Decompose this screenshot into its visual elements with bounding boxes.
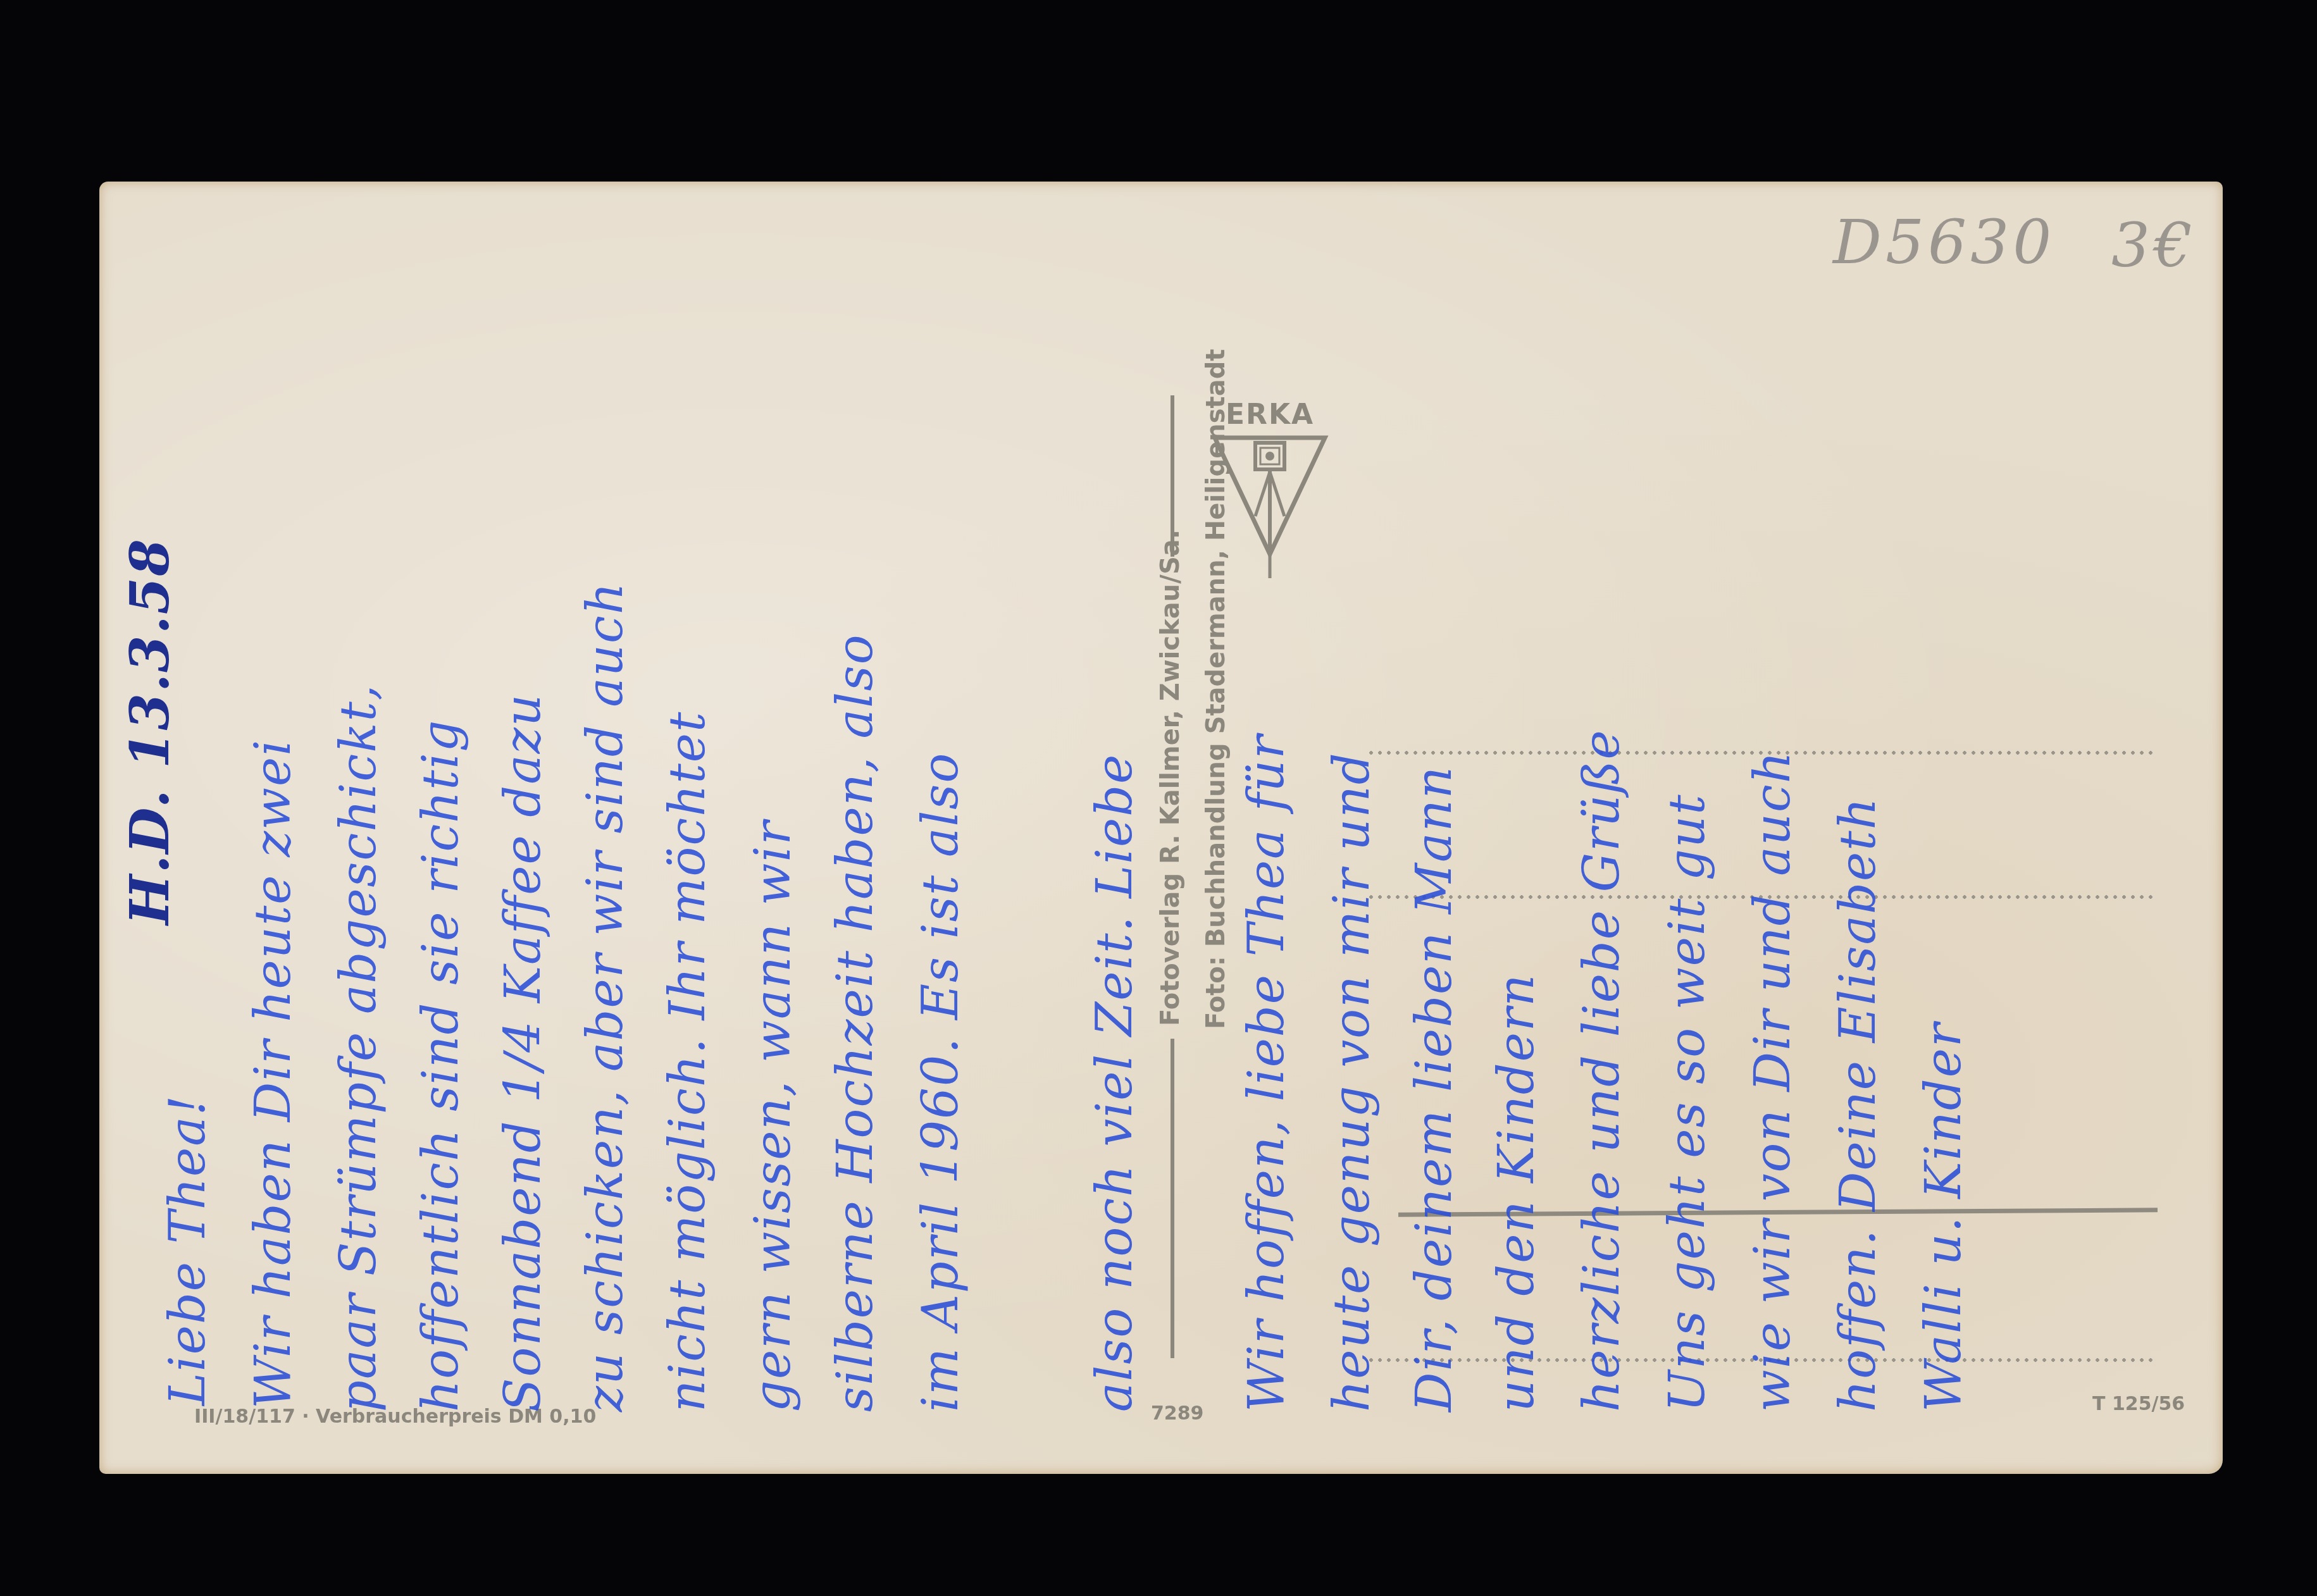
letter-line: und den Kindern bbox=[1488, 974, 1545, 1412]
postcard-back: ERKA Fotoverlag R. Kallmer, Zwickau/Sa. … bbox=[99, 182, 2223, 1474]
letter-line: paar Strümpfe abgeschickt, bbox=[330, 683, 387, 1412]
letter-line: also noch viel Zeit. Liebe bbox=[1086, 753, 1143, 1412]
letter-line: Dir, deinem lieben Mann bbox=[1406, 765, 1463, 1412]
letter-line: herzliche und liebe Grüße bbox=[1574, 729, 1631, 1412]
print-code-center: 7289 bbox=[1151, 1402, 1204, 1425]
letter-line: hoffentlich sind sie richtig bbox=[413, 719, 469, 1412]
letter-line: heute genug von mir und bbox=[1324, 752, 1381, 1412]
letter-line: zu schicken, aber wir sind auch bbox=[577, 581, 634, 1412]
letter-line: Uns geht es so weit gut bbox=[1659, 793, 1716, 1412]
letter-line: Wir haben Dir heute zwei bbox=[245, 739, 302, 1409]
letter-line: Wir hoffen, liebe Thea für bbox=[1238, 734, 1295, 1412]
letter-line: wie wir von Dir und auch bbox=[1744, 750, 1801, 1412]
letter-line: gern wissen, wann wir bbox=[745, 820, 802, 1412]
letter-line: im April 1960. Es ist also bbox=[912, 752, 969, 1412]
pencil-price: 3€ bbox=[2111, 210, 2196, 281]
letter-line: silberne Hochzeit haben, also bbox=[827, 633, 884, 1412]
letter-line: nicht möglich. Ihr möchtet bbox=[659, 711, 716, 1412]
letter-line: Sonnabend 1/4 Kaffee dazu bbox=[495, 693, 552, 1412]
letter-line: Liebe Thea! bbox=[159, 1094, 216, 1406]
pencil-archive-number: D5630 bbox=[1833, 207, 2055, 278]
publisher-line-2: Foto: Buchhandlung Stadermann, Heiligens… bbox=[1202, 349, 1231, 1029]
letter-line: hoffen. Deine Elisabeth bbox=[1830, 796, 1887, 1412]
print-code-right: T 125/56 bbox=[2092, 1393, 2185, 1415]
publisher-line-1: Fotoverlag R. Kallmer, Zwickau/Sa. bbox=[1156, 529, 1185, 1026]
letter-line: Walli u. Kinder bbox=[1915, 1022, 1972, 1412]
handwritten-date: H.D. 13.3.58 bbox=[118, 538, 181, 925]
center-divider-bottom bbox=[1171, 1039, 1174, 1358]
